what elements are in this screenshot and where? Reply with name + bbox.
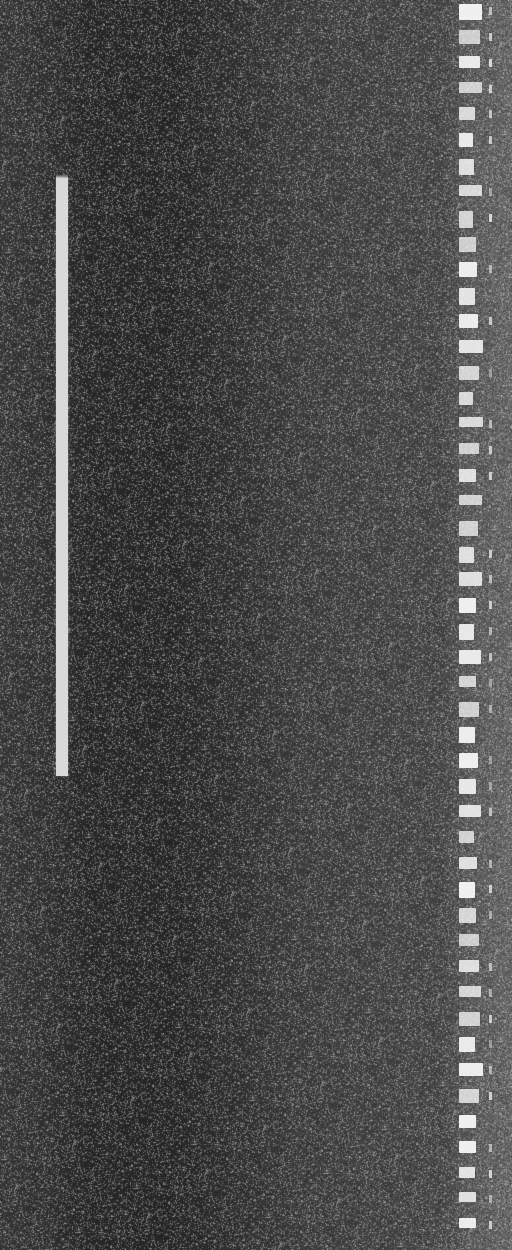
dash-marker	[459, 366, 479, 380]
dash-marker	[459, 572, 482, 586]
dash-speck	[489, 1195, 492, 1203]
dash-marker	[459, 934, 479, 946]
dash-marker	[459, 986, 481, 997]
dash-marker	[459, 676, 476, 687]
dash-speck	[489, 33, 492, 41]
dash-marker	[459, 779, 476, 794]
dash-speck	[489, 446, 492, 454]
dash-marker	[459, 133, 473, 147]
dash-speck	[489, 1221, 492, 1229]
dash-marker	[459, 1037, 475, 1052]
dash-speck	[489, 1170, 492, 1178]
dash-marker	[459, 392, 473, 405]
dash-marker	[459, 185, 482, 196]
dash-speck	[489, 782, 492, 790]
dash-marker	[459, 30, 480, 44]
dash-speck	[489, 7, 492, 15]
dash-marker	[459, 1089, 479, 1103]
dash-marker	[459, 56, 480, 68]
dash-speck	[489, 1040, 492, 1048]
dash-marker	[459, 831, 474, 843]
dash-marker	[459, 882, 475, 898]
dash-speck	[489, 85, 492, 93]
dash-marker	[459, 1012, 480, 1026]
dash-marker	[459, 857, 477, 869]
dash-marker	[459, 547, 474, 563]
dash-speck	[489, 963, 492, 971]
dash-marker	[459, 521, 478, 536]
dash-marker	[459, 340, 483, 353]
dash-speck	[489, 214, 492, 222]
dash-speck	[489, 317, 492, 325]
dash-marker	[459, 159, 474, 175]
dash-speck	[489, 369, 492, 377]
dash-speck	[489, 136, 492, 144]
dash-marker	[459, 650, 481, 664]
dash-speck	[489, 911, 492, 919]
dash-marker	[459, 4, 482, 20]
dash-marker	[459, 314, 478, 328]
dash-speck	[489, 420, 492, 428]
dash-marker	[459, 107, 475, 120]
dash-speck	[489, 472, 492, 480]
dash-marker	[459, 82, 482, 93]
dash-speck	[489, 188, 492, 196]
dash-speck	[489, 110, 492, 118]
dash-marker	[459, 624, 474, 640]
dash-speck	[489, 1066, 492, 1074]
dash-speck	[489, 265, 492, 273]
dash-marker	[459, 1141, 476, 1153]
dash-marker	[459, 702, 479, 717]
dash-speck	[489, 550, 492, 558]
dash-marker-column	[0, 0, 512, 1250]
dash-marker	[459, 1192, 476, 1202]
dash-marker	[459, 417, 483, 427]
dash-speck	[489, 59, 492, 67]
dash-speck	[489, 860, 492, 868]
dash-speck	[489, 705, 492, 713]
dash-marker	[459, 908, 476, 923]
dash-marker	[459, 495, 482, 505]
dash-speck	[489, 1144, 492, 1152]
dash-marker	[459, 805, 481, 817]
dash-marker	[459, 727, 475, 743]
dash-marker	[459, 960, 479, 972]
dash-marker	[459, 237, 476, 252]
dash-marker	[459, 1218, 476, 1228]
dash-marker	[459, 1063, 483, 1076]
dash-marker	[459, 288, 475, 305]
dash-marker	[459, 598, 476, 613]
dash-speck	[489, 679, 492, 687]
dash-marker	[459, 469, 476, 482]
dash-marker	[459, 211, 473, 228]
dash-marker	[459, 1115, 476, 1128]
dash-speck	[489, 1092, 492, 1100]
dash-marker	[459, 753, 478, 768]
dash-speck	[489, 1015, 492, 1023]
road-surface-image	[0, 0, 512, 1250]
dash-speck	[489, 808, 492, 816]
dash-speck	[489, 989, 492, 997]
dash-speck	[489, 627, 492, 635]
dash-marker	[459, 443, 479, 454]
dash-marker	[459, 262, 477, 277]
dash-speck	[489, 575, 492, 583]
dash-marker	[459, 1167, 475, 1178]
dash-speck	[489, 885, 492, 893]
dash-speck	[489, 756, 492, 764]
dash-speck	[489, 601, 492, 609]
dash-speck	[489, 653, 492, 661]
